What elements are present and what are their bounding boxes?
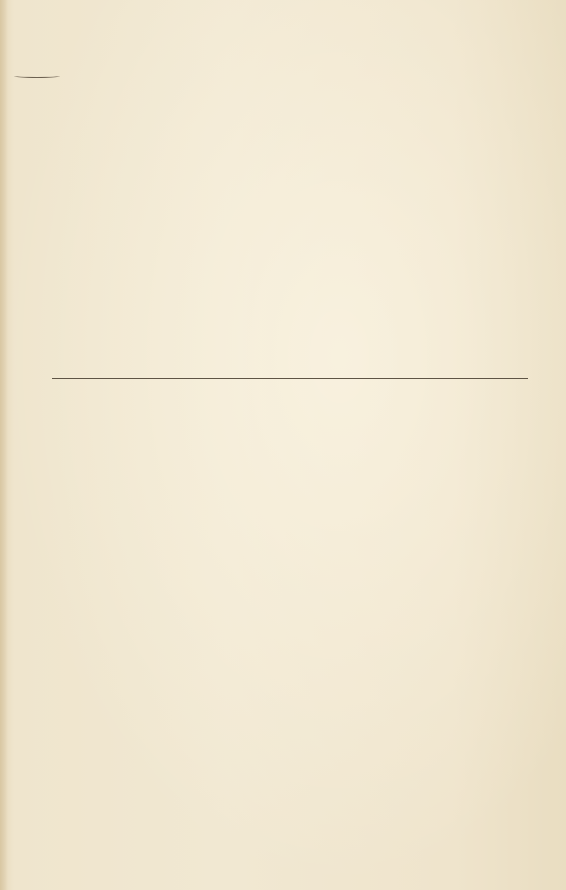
births-margin-label — [14, 60, 60, 78]
section-divider — [52, 378, 528, 379]
register-page — [0, 0, 566, 890]
births-label-flourish — [14, 74, 60, 78]
